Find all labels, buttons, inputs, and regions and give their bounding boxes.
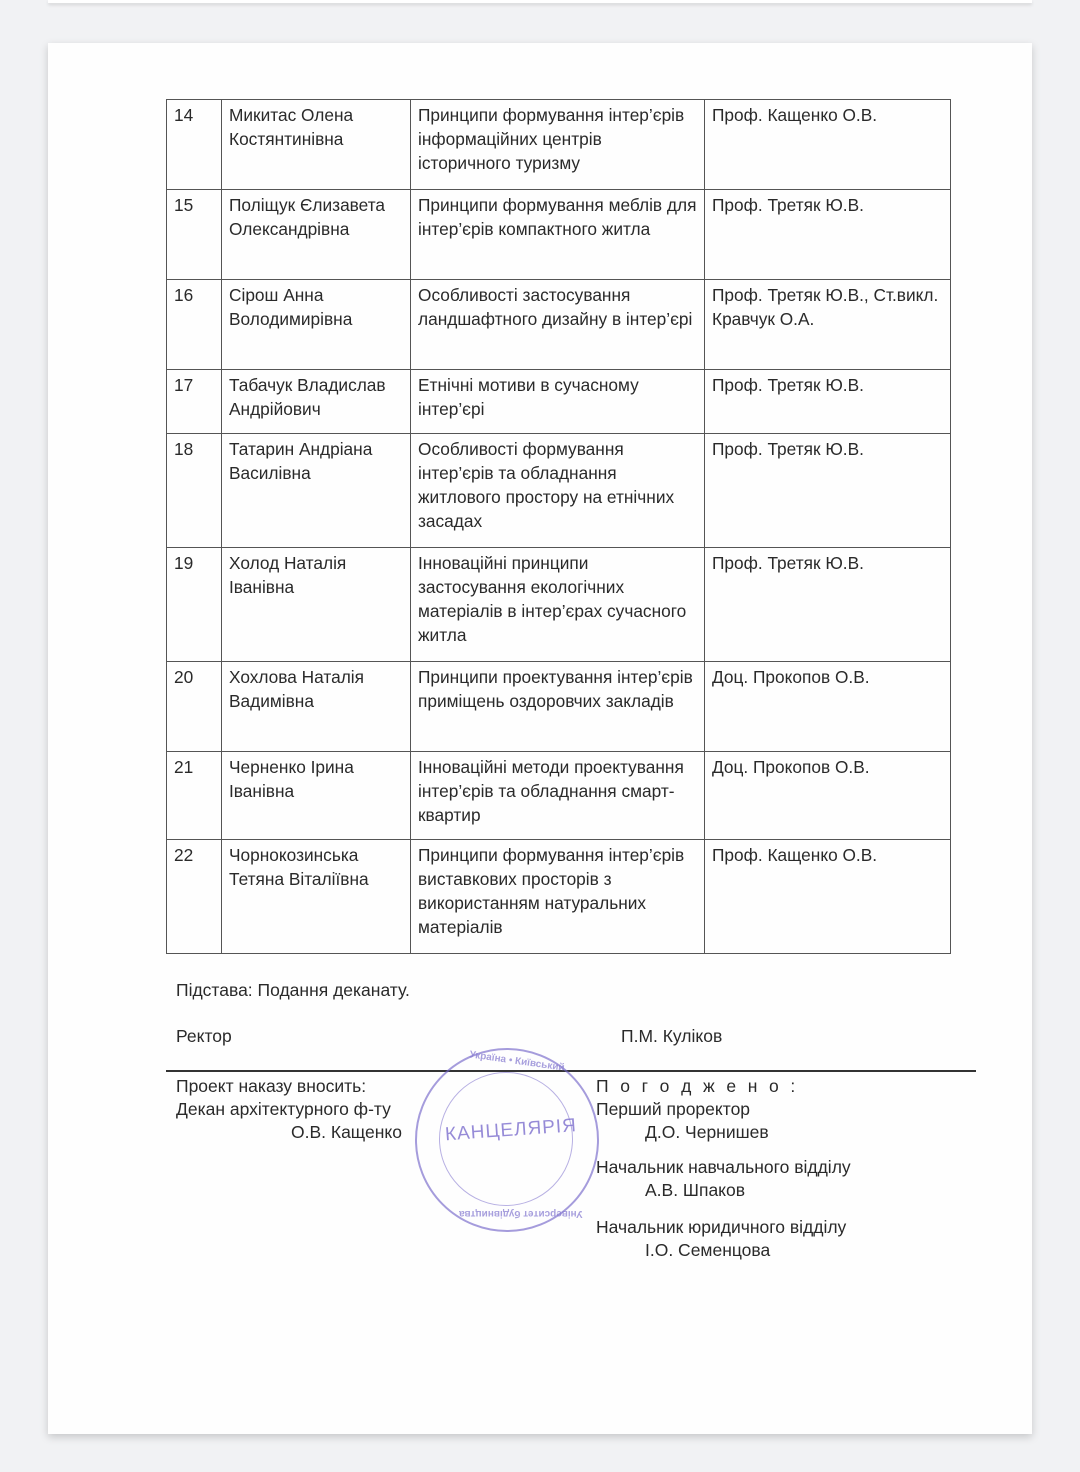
dean-title: Декан архітектурного ф-ту [176, 1099, 391, 1120]
office-stamp: Україна • Київський КАНЦЕЛЯРІЯ Університ… [415, 1048, 599, 1232]
approver-name: А.В. Шпаков [645, 1180, 745, 1201]
dean-name: О.В. Кащенко [291, 1122, 402, 1143]
supervisor-cell: Проф. Третяк Ю.В. [705, 548, 951, 662]
thesis-topic-cell: Особливості застосування ландшафтного ди… [411, 280, 705, 370]
agreed-label: П о г о д ж е н о : [596, 1076, 799, 1097]
approver-name: І.О. Семенцова [645, 1240, 770, 1261]
row-number-cell: 19 [167, 548, 222, 662]
supervisor-cell: Доц. Прокопов О.В. [705, 752, 951, 840]
thesis-topic-cell: Принципи формування інтер’єрів виставков… [411, 840, 705, 954]
table-row: 18Татарин Андріана ВасилівнаОсобливості … [167, 434, 951, 548]
supervisor-cell: Проф. Третяк Ю.В. [705, 434, 951, 548]
students-table: 14Микитас Олена КостянтинівнаПринципи фо… [166, 99, 951, 954]
row-number-cell: 17 [167, 370, 222, 434]
previous-page-edge [48, 0, 1032, 3]
rector-label: Ректор [176, 1026, 232, 1047]
student-name-cell: Холод Наталія Іванівна [222, 548, 411, 662]
thesis-topic-cell: Інноваційні методи проектування інтер’єр… [411, 752, 705, 840]
student-name-cell: Хохлова Наталія Вадимівна [222, 662, 411, 752]
approver-title: Начальник юридичного відділу [596, 1217, 846, 1238]
approver-name: Д.О. Чернишев [645, 1122, 769, 1143]
stamp-inner-ring [439, 1072, 573, 1206]
table-row: 19Холод Наталія ІванівнаІнноваційні прин… [167, 548, 951, 662]
table-row: 21Черненко Ірина ІванівнаІнноваційні мет… [167, 752, 951, 840]
row-number-cell: 22 [167, 840, 222, 954]
student-name-cell: Чорнокозинська Тетяна Віталіївна [222, 840, 411, 954]
student-name-cell: Табачук Владислав Андрійович [222, 370, 411, 434]
student-name-cell: Микитас Олена Костянтинівна [222, 100, 411, 190]
row-number-cell: 15 [167, 190, 222, 280]
row-number-cell: 21 [167, 752, 222, 840]
row-number-cell: 14 [167, 100, 222, 190]
supervisor-cell: Проф. Третяк Ю.В., Ст.викл. Кравчук О.А. [705, 280, 951, 370]
stamp-label: КАНЦЕЛЯРІЯ [444, 1116, 569, 1147]
student-name-cell: Черненко Ірина Іванівна [222, 752, 411, 840]
row-number-cell: 18 [167, 434, 222, 548]
table-row: 16Сірош Анна ВолодимирівнаОсобливості за… [167, 280, 951, 370]
thesis-topic-cell: Принципи формування інтер’єрів інформаці… [411, 100, 705, 190]
supervisor-cell: Доц. Прокопов О.В. [705, 662, 951, 752]
table-row: 15Поліщук Єлизавета ОлександрівнаПринцип… [167, 190, 951, 280]
table-row: 20Хохлова Наталія ВадимівнаПринципи прое… [167, 662, 951, 752]
stamp-ring-bottom-text: Університет будівництва [459, 1208, 583, 1219]
thesis-topic-cell: Етнічні мотиви в сучасному інтер’єрі [411, 370, 705, 434]
approver-title: Перший проректор [596, 1099, 750, 1120]
student-name-cell: Поліщук Єлизавета Олександрівна [222, 190, 411, 280]
signature-divider [166, 1070, 976, 1072]
supervisor-cell: Проф. Третяк Ю.В. [705, 190, 951, 280]
table-row: 22Чорнокозинська Тетяна ВіталіївнаПринци… [167, 840, 951, 954]
thesis-topic-cell: Принципи проектування інтер’єрів приміще… [411, 662, 705, 752]
rector-name: П.М. Куліков [621, 1026, 722, 1047]
table-row: 14Микитас Олена КостянтинівнаПринципи фо… [167, 100, 951, 190]
thesis-topic-cell: Принципи формування меблів для інтер’єрі… [411, 190, 705, 280]
thesis-topic-cell: Особливості формування інтер’єрів та обл… [411, 434, 705, 548]
approver-title: Начальник навчального відділу [596, 1157, 851, 1178]
submitted-by-label: Проект наказу вносить: [176, 1076, 366, 1097]
supervisor-cell: Проф. Третяк Ю.В. [705, 370, 951, 434]
thesis-topic-cell: Інноваційні принципи застосування еколог… [411, 548, 705, 662]
row-number-cell: 20 [167, 662, 222, 752]
table-row: 17Табачук Владислав АндрійовичЕтнічні мо… [167, 370, 951, 434]
student-name-cell: Сірош Анна Володимирівна [222, 280, 411, 370]
supervisor-cell: Проф. Кащенко О.В. [705, 840, 951, 954]
row-number-cell: 16 [167, 280, 222, 370]
supervisor-cell: Проф. Кащенко О.В. [705, 100, 951, 190]
document-page: 14Микитас Олена КостянтинівнаПринципи фо… [48, 43, 1032, 1434]
basis-text: Підстава: Подання деканату. [176, 980, 410, 1001]
student-name-cell: Татарин Андріана Василівна [222, 434, 411, 548]
